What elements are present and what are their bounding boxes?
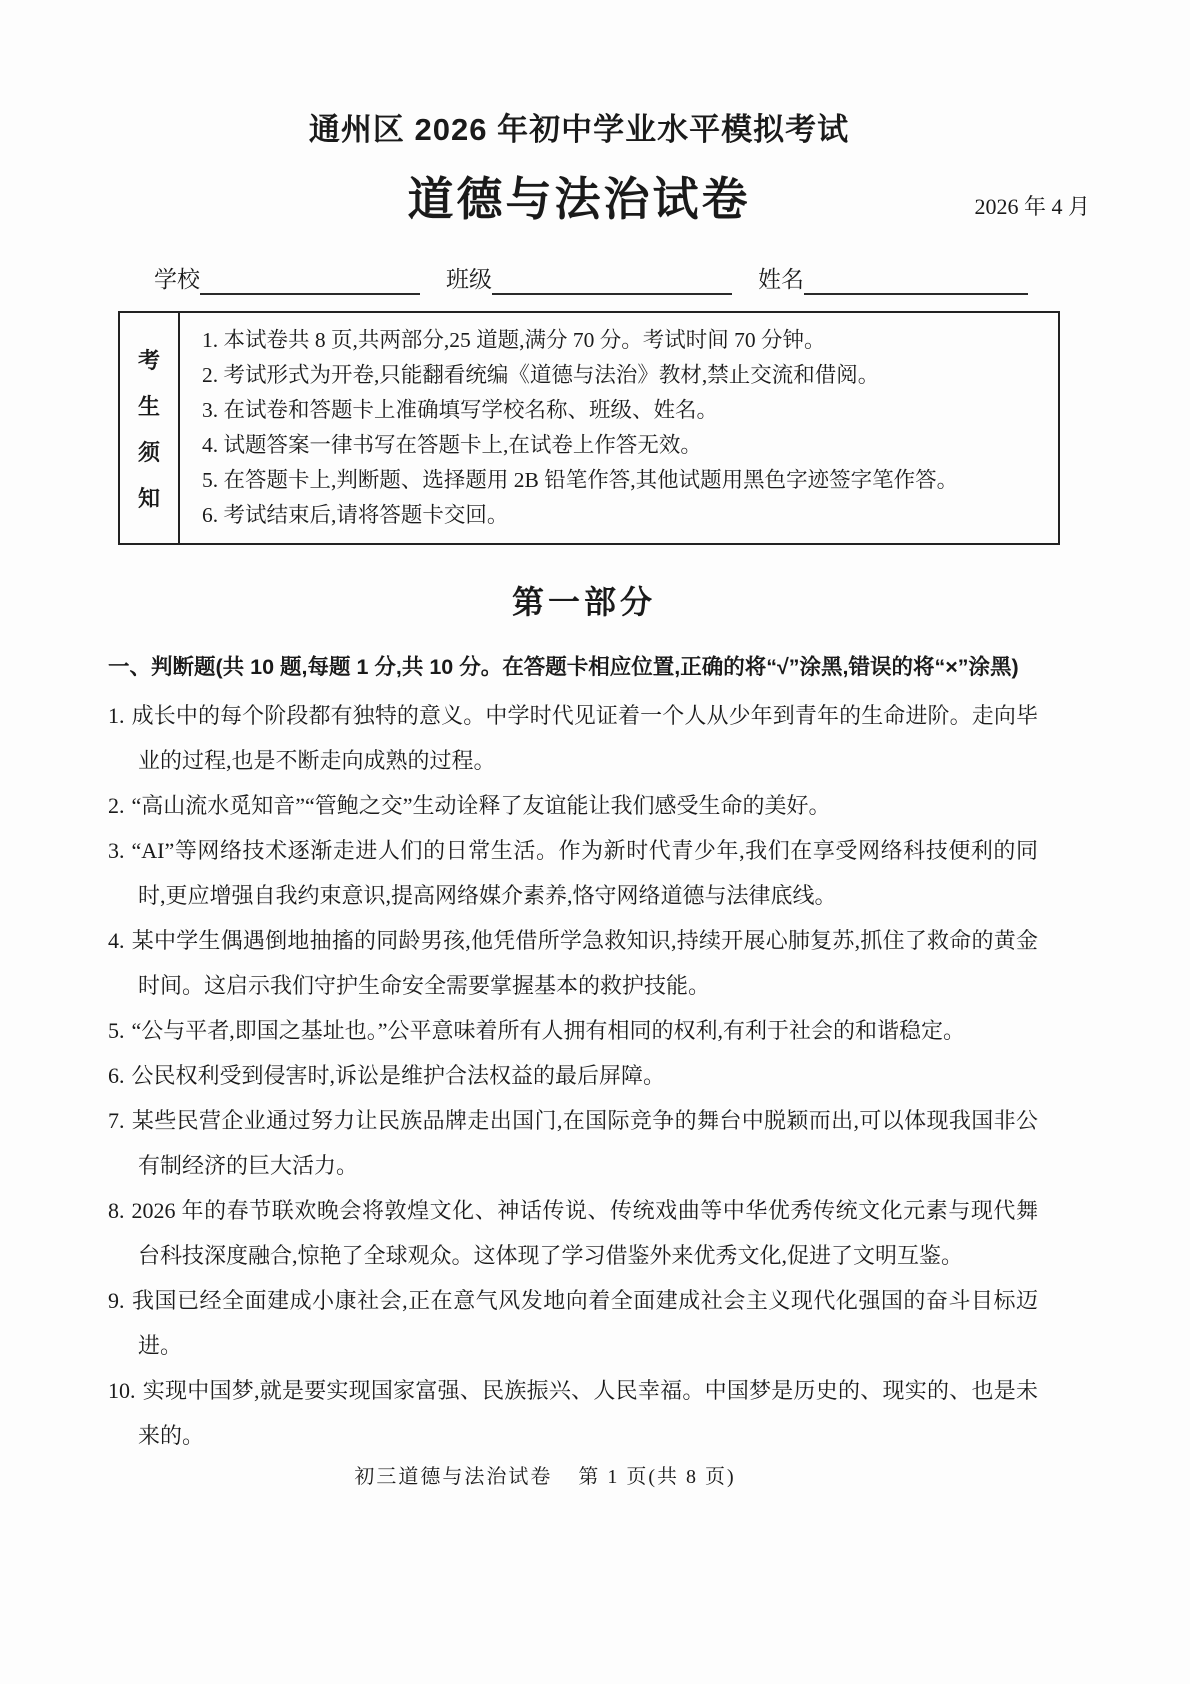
question-6: 6.公民权利受到侵害时,诉讼是维护合法权益的最后屏障。: [108, 1053, 1038, 1098]
question-text: 某中学生偶遇倒地抽搐的同龄男孩,他凭借所学急救知识,持续开展心肺复苏,抓住了救命…: [132, 928, 1039, 998]
question-4: 4.某中学生偶遇倒地抽搐的同龄男孩,他凭借所学急救知识,持续开展心肺复苏,抓住了…: [108, 918, 1038, 1008]
question-text: 实现中国梦,就是要实现国家富强、民族振兴、人民幸福。中国梦是历史的、现实的、也是…: [138, 1378, 1038, 1448]
class-label: 班级: [446, 265, 492, 295]
question-3: 3.“AI”等网络技术逐渐走进人们的日常生活。作为新时代青少年,我们在享受网络科…: [108, 828, 1038, 918]
footer-paper-name: 初三道德与法治试卷: [354, 1466, 552, 1488]
question-text: “高山流水觅知音”“管鲍之交”生动诠释了友谊能让我们感受生命的美好。: [132, 793, 831, 818]
exam-title: 通州区 2026 年初中学业水平模拟考试: [78, 104, 1080, 149]
question-text: “公与平者,即国之基址也。”公平意味着所有人拥有相同的权利,有利于社会的和谐稳定…: [132, 1018, 966, 1043]
question-number: 5.: [108, 1018, 125, 1043]
part-one-heading: 第一部分: [83, 577, 1085, 623]
exam-date: 2026 年 4 月: [974, 190, 1090, 221]
question-9: 9.我国已经全面建成小康社会,正在意气风发地向着全面建成社会主义现代化强国的奋斗…: [108, 1278, 1038, 1368]
notice-side-char: 考: [138, 344, 160, 375]
question-text: 2026 年的春节联欢晚会将敦煌文化、神话传说、传统戏曲等中华优秀传统文化元素与…: [132, 1198, 1039, 1268]
question-text: 某些民营企业通过努力让民族品牌走出国门,在国际竞争的舞台中脱颖而出,可以体现我国…: [132, 1108, 1039, 1178]
notice-item-4: 4. 试题答案一律书写在答题卡上,在试卷上作答无效。: [202, 428, 1050, 463]
name-blank-line: [804, 265, 1028, 295]
examinee-notice-box: 考 生 须 知 1. 本试卷共 8 页,共两部分,25 道题,满分 70 分。考…: [118, 311, 1060, 545]
question-number: 3.: [108, 838, 125, 863]
paper-title-row: 道德与法治试卷 2026 年 4 月: [108, 163, 1110, 229]
question-number: 2.: [108, 793, 125, 818]
question-text: “AI”等网络技术逐渐走进人们的日常生活。作为新时代青少年,我们在享受网络科技便…: [132, 838, 1039, 908]
true-false-section-heading: 一、判断题(共 10 题,每题 1 分,共 10 分。在答题卡相应位置,正确的将…: [108, 651, 1110, 683]
question-number: 10.: [108, 1378, 136, 1403]
notice-item-list: 1. 本试卷共 8 页,共两部分,25 道题,满分 70 分。考试时间 70 分…: [180, 313, 1058, 543]
question-7: 7.某些民营企业通过努力让民族品牌走出国门,在国际竞争的舞台中脱颖而出,可以体现…: [108, 1098, 1038, 1188]
notice-item-2: 2. 考试形式为开卷,只能翻看统编《道德与法治》教材,禁止交流和借阅。: [202, 358, 1050, 393]
school-label: 学校: [154, 265, 200, 295]
name-label: 姓名: [758, 265, 804, 295]
school-blank-line: [200, 265, 420, 295]
question-number: 7.: [108, 1108, 125, 1133]
examinee-notice-side-label: 考 生 须 知: [120, 313, 180, 543]
question-10: 10.实现中国梦,就是要实现国家富强、民族振兴、人民幸福。中国梦是历史的、现实的…: [108, 1368, 1038, 1458]
notice-item-3: 3. 在试卷和答题卡上准确填写学校名称、班级、姓名。: [202, 393, 1050, 428]
question-number: 4.: [108, 928, 125, 953]
question-5: 5.“公与平者,即国之基址也。”公平意味着所有人拥有相同的权利,有利于社会的和谐…: [108, 1008, 1038, 1053]
question-number: 8.: [108, 1198, 125, 1223]
paper-title: 道德与法治试卷: [408, 163, 751, 229]
question-text: 公民权利受到侵害时,诉讼是维护合法权益的最后屏障。: [132, 1063, 666, 1088]
notice-item-6: 6. 考试结束后,请将答题卡交回。: [202, 498, 1050, 533]
notice-side-char: 知: [138, 482, 160, 513]
question-2: 2.“高山流水觅知音”“管鲍之交”生动诠释了友谊能让我们感受生命的美好。: [108, 783, 1038, 828]
notice-side-char: 生: [138, 390, 160, 421]
question-text: 成长中的每个阶段都有独特的意义。中学时代见证着一个人从少年到青年的生命进阶。走向…: [132, 703, 1039, 773]
question-number: 9.: [108, 1288, 125, 1313]
notice-item-5: 5. 在答题卡上,判断题、选择题用 2B 铅笔作答,其他试题用黑色字迹签字笔作答…: [202, 463, 1050, 498]
page-content: 通州区 2026 年初中学业水平模拟考试 道德与法治试卷 2026 年 4 月 …: [0, 0, 1190, 1458]
question-list: 1.成长中的每个阶段都有独特的意义。中学时代见证着一个人从少年到青年的生命进阶。…: [108, 693, 1038, 1458]
question-number: 6.: [108, 1063, 125, 1088]
class-blank-line: [492, 265, 732, 295]
question-number: 1.: [108, 703, 125, 728]
question-8: 8.2026 年的春节联欢晚会将敦煌文化、神话传说、传统戏曲等中华优秀传统文化元…: [108, 1188, 1038, 1278]
student-info-row: 学校 班级 姓名: [154, 265, 1110, 295]
question-1: 1.成长中的每个阶段都有独特的意义。中学时代见证着一个人从少年到青年的生命进阶。…: [108, 693, 1038, 783]
notice-item-1: 1. 本试卷共 8 页,共两部分,25 道题,满分 70 分。考试时间 70 分…: [202, 323, 1050, 358]
notice-side-char: 须: [138, 436, 160, 467]
page-footer: 初三道德与法治试卷第 1 页(共 8 页): [0, 1460, 1140, 1489]
question-text: 我国已经全面建成小康社会,正在意气风发地向着全面建成社会主义现代化强国的奋斗目标…: [132, 1288, 1039, 1358]
exam-paper-page: 通州区 2026 年初中学业水平模拟考试 道德与法治试卷 2026 年 4 月 …: [0, 0, 1190, 1684]
footer-page-number: 第 1 页(共 8 页): [578, 1466, 735, 1488]
